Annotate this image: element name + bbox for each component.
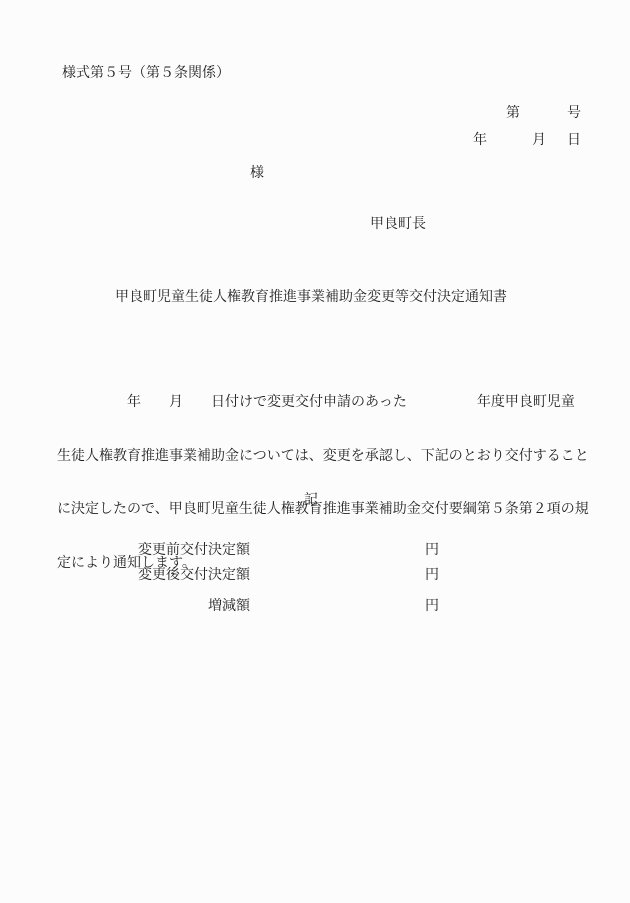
amount-label-before: 変更前交付決定額: [57, 544, 250, 558]
amount-unit-after: 円: [425, 569, 439, 583]
date-month-label: 月: [532, 133, 546, 148]
doc-number-suffix: 号: [567, 106, 581, 121]
amount-label-after: 変更後交付決定額: [57, 569, 250, 583]
amount-row-after: 変更後交付決定額 円: [57, 569, 573, 583]
record-marker: 記: [57, 494, 565, 508]
form-number: 様式第５号（第５条関係）: [62, 67, 230, 81]
body-paragraph: 年 月 日付けで変更交付申請のあった 年度甲良町児童 生徒人権教育推進事業補助金…: [57, 362, 573, 604]
amount-unit-difference: 円: [425, 600, 439, 614]
date-day-label: 日: [567, 133, 581, 148]
amount-row-before: 変更前交付決定額 円: [57, 544, 573, 558]
amount-unit-before: 円: [425, 544, 439, 558]
body-line-1: 年 月 日付けで変更交付申請のあった 年度甲良町児童: [57, 390, 573, 416]
date-year-label: 年: [473, 133, 487, 148]
doc-number-prefix: 第: [506, 106, 520, 121]
document-page: 様式第５号（第５条関係） 第号 年月日 様 甲良町長 甲良町児童生徒人権教育推進…: [0, 0, 630, 903]
amount-row-difference: 増減額 円: [57, 600, 573, 614]
body-line-2: 生徒人権教育推進事業補助金については、変更を承認し、下記のとおり交付すること: [57, 444, 573, 470]
date-line: 年月日: [459, 120, 581, 162]
document-title: 甲良町児童生徒人権教育推進事業補助金変更等交付決定通知書: [57, 291, 565, 305]
amount-label-difference: 増減額: [57, 600, 250, 614]
sender-title: 甲良町長: [370, 218, 426, 232]
addressee-honorific: 様: [250, 167, 264, 181]
